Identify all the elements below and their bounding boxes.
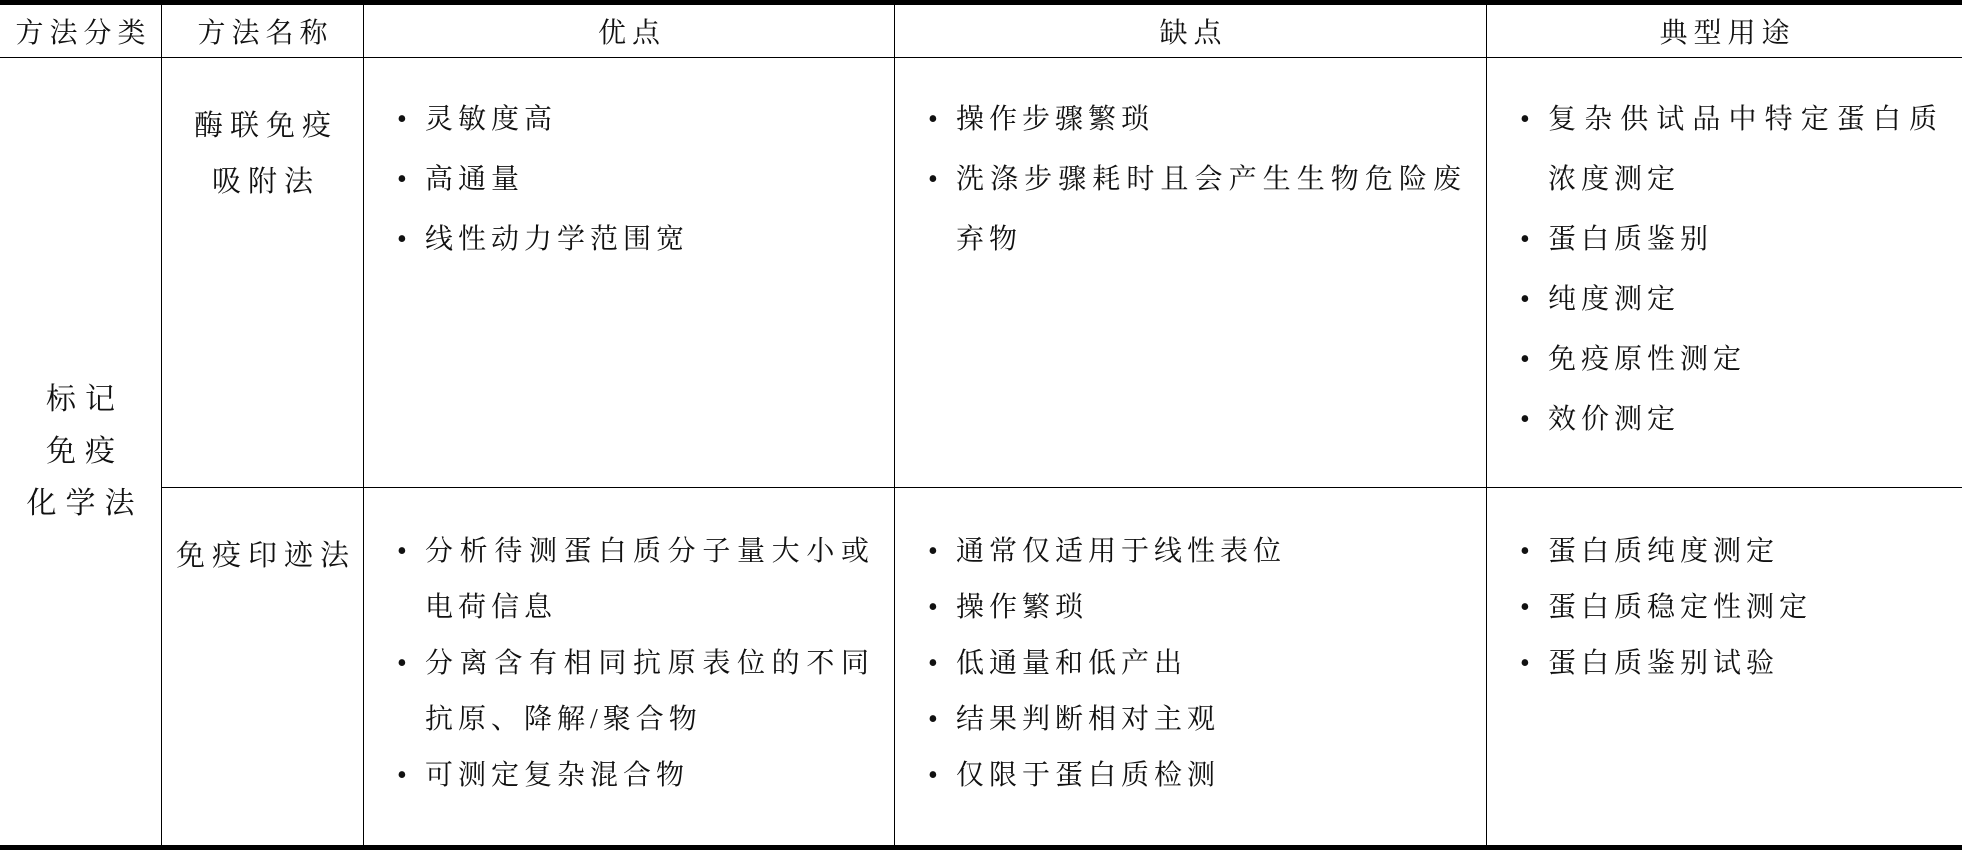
bullet-icon: • <box>928 748 938 804</box>
method-name-western-blot: 免疫印迹法 <box>162 488 364 845</box>
bullet-icon: • <box>397 524 407 580</box>
list-item: •分离含有相同抗原表位的不同抗原、降解/聚合物 <box>397 636 874 748</box>
bullet-icon: • <box>1520 524 1530 580</box>
bullet-icon: • <box>928 90 938 150</box>
document-page: 方法分类 方法名称 优点 缺点 典型用途 标记 免疫 化学法 酶联免疫 吸附法 … <box>0 0 1962 850</box>
category-line: 化学法 <box>18 478 144 530</box>
uses-list: •蛋白质纯度测定 •蛋白质稳定性测定 •蛋白质鉴别试验 <box>1487 488 1962 692</box>
uses-cell-western-blot: •蛋白质纯度测定 •蛋白质稳定性测定 •蛋白质鉴别试验 <box>1487 488 1962 845</box>
list-item: •通常仅适用于线性表位 <box>928 524 1466 580</box>
list-item-text: 蛋白质鉴别试验 <box>1548 648 1779 679</box>
list-item: •线性动力学范围宽 <box>397 210 874 270</box>
advantages-list: •分析待测蛋白质分子量大小或电荷信息 •分离含有相同抗原表位的不同抗原、降解/聚… <box>364 488 894 804</box>
disadvantages-list: •通常仅适用于线性表位 •操作繁琐 •低通量和低产出 •结果判断相对主观 •仅限… <box>895 488 1486 804</box>
list-item: •仅限于蛋白质检测 <box>928 748 1466 804</box>
method-name-line: 吸附法 <box>162 154 363 210</box>
list-item-text: 洗涤步骤耗时且会产生生物危险废弃物 <box>956 164 1466 255</box>
list-item-text: 免疫原性测定 <box>1548 344 1746 375</box>
list-item: •蛋白质鉴别 <box>1520 210 1942 270</box>
list-item-text: 纯度测定 <box>1548 284 1680 315</box>
list-item: •洗涤步骤耗时且会产生生物危险废弃物 <box>928 150 1466 270</box>
list-item: •低通量和低产出 <box>928 636 1466 692</box>
list-item: •结果判断相对主观 <box>928 692 1466 748</box>
category-cell: 标记 免疫 化学法 <box>0 58 162 845</box>
list-item: •蛋白质稳定性测定 <box>1520 580 1942 636</box>
list-item-text: 复杂供试品中特定蛋白质浓度测定 <box>1548 104 1942 195</box>
list-item-text: 操作繁琐 <box>956 592 1088 623</box>
list-item: •免疫原性测定 <box>1520 330 1942 390</box>
list-item: •操作步骤繁琐 <box>928 90 1466 150</box>
list-item-text: 蛋白质稳定性测定 <box>1548 592 1812 623</box>
list-item-text: 高通量 <box>425 164 524 195</box>
bullet-icon: • <box>928 524 938 580</box>
bullet-icon: • <box>928 150 938 210</box>
bullet-icon: • <box>1520 330 1530 390</box>
list-item-text: 结果判断相对主观 <box>956 704 1220 735</box>
list-item-text: 线性动力学范围宽 <box>425 224 689 255</box>
bullet-icon: • <box>397 636 407 692</box>
list-item-text: 分离含有相同抗原表位的不同抗原、降解/聚合物 <box>425 648 874 735</box>
header-disadvantages: 缺点 <box>895 5 1487 58</box>
uses-list: •复杂供试品中特定蛋白质浓度测定 •蛋白质鉴别 •纯度测定 •免疫原性测定 •效… <box>1487 58 1962 450</box>
list-item: •灵敏度高 <box>397 90 874 150</box>
bullet-icon: • <box>928 692 938 748</box>
list-item: •分析待测蛋白质分子量大小或电荷信息 <box>397 524 874 636</box>
list-item: •蛋白质纯度测定 <box>1520 524 1942 580</box>
bullet-icon: • <box>1520 390 1530 450</box>
method-name-line: 免疫印迹法 <box>162 528 363 584</box>
list-item-text: 低通量和低产出 <box>956 648 1187 679</box>
bullet-icon: • <box>1520 636 1530 692</box>
bullet-icon: • <box>1520 90 1530 150</box>
method-name-elisa: 酶联免疫 吸附法 <box>162 58 364 488</box>
header-advantages: 优点 <box>364 5 895 58</box>
bullet-icon: • <box>397 90 407 150</box>
list-item-text: 蛋白质鉴别 <box>1548 224 1713 255</box>
category-line: 免疫 <box>37 426 124 478</box>
methods-comparison-table: 方法分类 方法名称 优点 缺点 典型用途 标记 免疫 化学法 酶联免疫 吸附法 … <box>0 0 1962 850</box>
method-name-line: 酶联免疫 <box>162 98 363 154</box>
list-item: •高通量 <box>397 150 874 210</box>
list-item: •操作繁琐 <box>928 580 1466 636</box>
bullet-icon: • <box>1520 580 1530 636</box>
advantages-list: •灵敏度高 •高通量 •线性动力学范围宽 <box>364 58 894 270</box>
bullet-icon: • <box>397 748 407 804</box>
list-item: •纯度测定 <box>1520 270 1942 330</box>
uses-cell-elisa: •复杂供试品中特定蛋白质浓度测定 •蛋白质鉴别 •纯度测定 •免疫原性测定 •效… <box>1487 58 1962 488</box>
bullet-icon: • <box>928 636 938 692</box>
bullet-icon: • <box>1520 210 1530 270</box>
disadvantages-cell-elisa: •操作步骤繁琐 •洗涤步骤耗时且会产生生物危险废弃物 <box>895 58 1487 488</box>
list-item-text: 分析待测蛋白质分子量大小或电荷信息 <box>425 536 874 623</box>
bullet-icon: • <box>928 580 938 636</box>
list-item-text: 仅限于蛋白质检测 <box>956 760 1220 791</box>
bullet-icon: • <box>397 210 407 270</box>
advantages-cell-western-blot: •分析待测蛋白质分子量大小或电荷信息 •分离含有相同抗原表位的不同抗原、降解/聚… <box>364 488 895 845</box>
list-item: •可测定复杂混合物 <box>397 748 874 804</box>
bullet-icon: • <box>1520 270 1530 330</box>
list-item: •效价测定 <box>1520 390 1942 450</box>
list-item-text: 蛋白质纯度测定 <box>1548 536 1779 567</box>
list-item-text: 效价测定 <box>1548 404 1680 435</box>
header-typical-uses: 典型用途 <box>1487 5 1962 58</box>
bullet-icon: • <box>397 150 407 210</box>
list-item-text: 灵敏度高 <box>425 104 557 135</box>
advantages-cell-elisa: •灵敏度高 •高通量 •线性动力学范围宽 <box>364 58 895 488</box>
list-item: •复杂供试品中特定蛋白质浓度测定 <box>1520 90 1942 210</box>
list-item-text: 操作步骤繁琐 <box>956 104 1154 135</box>
list-item: •蛋白质鉴别试验 <box>1520 636 1942 692</box>
category-line: 标记 <box>37 374 124 426</box>
disadvantages-list: •操作步骤繁琐 •洗涤步骤耗时且会产生生物危险废弃物 <box>895 58 1486 270</box>
list-item-text: 通常仅适用于线性表位 <box>956 536 1286 567</box>
list-item-text: 可测定复杂混合物 <box>425 760 689 791</box>
header-method-category: 方法分类 <box>0 5 162 58</box>
header-method-name: 方法名称 <box>162 5 364 58</box>
disadvantages-cell-western-blot: •通常仅适用于线性表位 •操作繁琐 •低通量和低产出 •结果判断相对主观 •仅限… <box>895 488 1487 845</box>
